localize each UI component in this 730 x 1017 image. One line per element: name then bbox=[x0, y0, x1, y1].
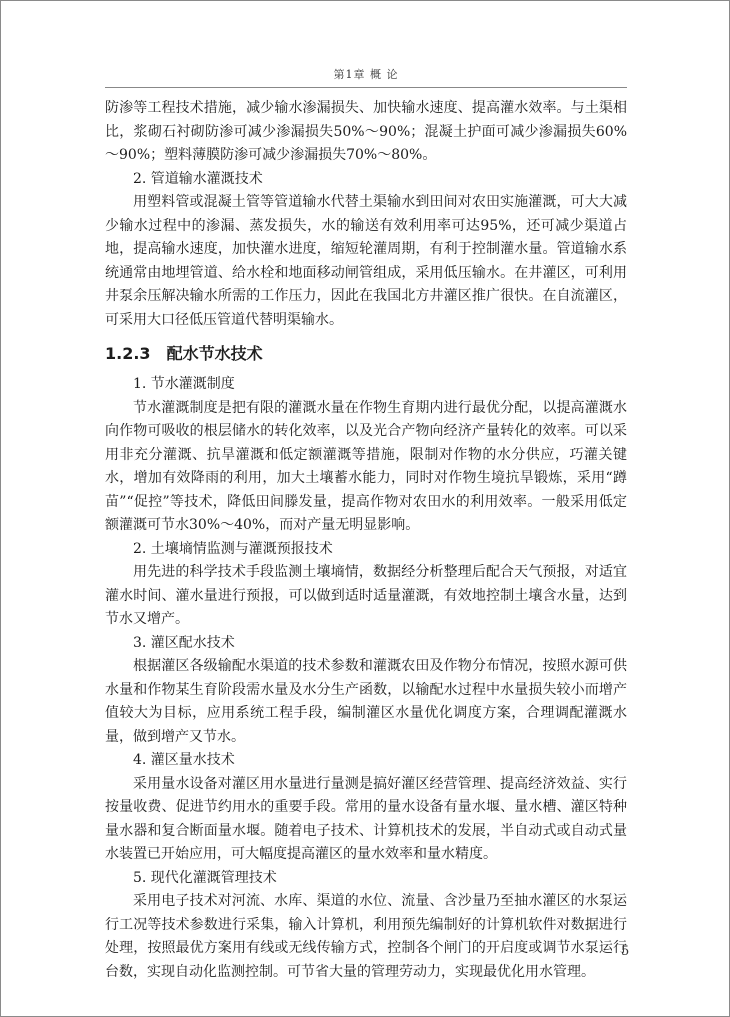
paragraph-continued: 防渗等工程技术措施，减少输水渗漏损失、加快输水速度、提高灌水效率。与土渠相比，浆… bbox=[105, 97, 627, 168]
page-body: 防渗等工程技术措施，减少输水渗漏损失、加快输水速度、提高灌水效率。与土渠相比，浆… bbox=[105, 97, 627, 984]
subheading-irrigation-schedule: 1. 节水灌溉制度 bbox=[105, 373, 627, 397]
subheading-water-distribution: 3. 灌区配水技术 bbox=[105, 632, 627, 656]
paragraph-water-distribution: 根据灌区各级输配水渠道的技术参数和灌溉农田及作物分布情况，按照水源可供水量和作物… bbox=[105, 655, 627, 749]
subheading-water-measurement: 4. 灌区量水技术 bbox=[105, 749, 627, 773]
subheading-pipe-irrigation: 2. 管道输水灌溉技术 bbox=[105, 168, 627, 192]
section-number: 1.2.3 bbox=[105, 344, 151, 363]
paragraph-irrigation-schedule: 节水灌溉制度是把有限的灌溉水量在作物生育期内进行最优分配，以提高灌溉水向作物可吸… bbox=[105, 397, 627, 538]
document-page: 第1章 概 论 防渗等工程技术措施，减少输水渗漏损失、加快输水速度、提高灌水效率… bbox=[0, 0, 730, 1017]
paragraph-soil-moisture: 用先进的科学技术手段监测土壤墒情，数据经分析整理后配合天气预报，对适宜灌水时间、… bbox=[105, 561, 627, 632]
subheading-soil-moisture: 2. 土壤墒情监测与灌溉预报技术 bbox=[105, 538, 627, 562]
paragraph-modern-management: 采用电子技术对河流、水库、渠道的水位、流量、含沙量乃至抽水灌区的水泵运行工况等技… bbox=[105, 890, 627, 984]
running-header: 第1章 概 论 bbox=[105, 66, 627, 82]
page-number: 5 bbox=[621, 944, 629, 959]
header-rule bbox=[105, 87, 627, 88]
section-title: 配水节水技术 bbox=[167, 344, 263, 363]
paragraph-water-measurement: 采用量水设备对灌区用水量进行量测是搞好灌区经营管理、提高经济效益、实行按量收费、… bbox=[105, 773, 627, 867]
subheading-modern-management: 5. 现代化灌溉管理技术 bbox=[105, 867, 627, 891]
paragraph-pipe-irrigation: 用塑料管或混凝土管等管道输水代替土渠输水到田间对农田实施灌溉，可大大减少输水过程… bbox=[105, 191, 627, 332]
section-heading: 1.2.3配水节水技术 bbox=[105, 341, 627, 367]
